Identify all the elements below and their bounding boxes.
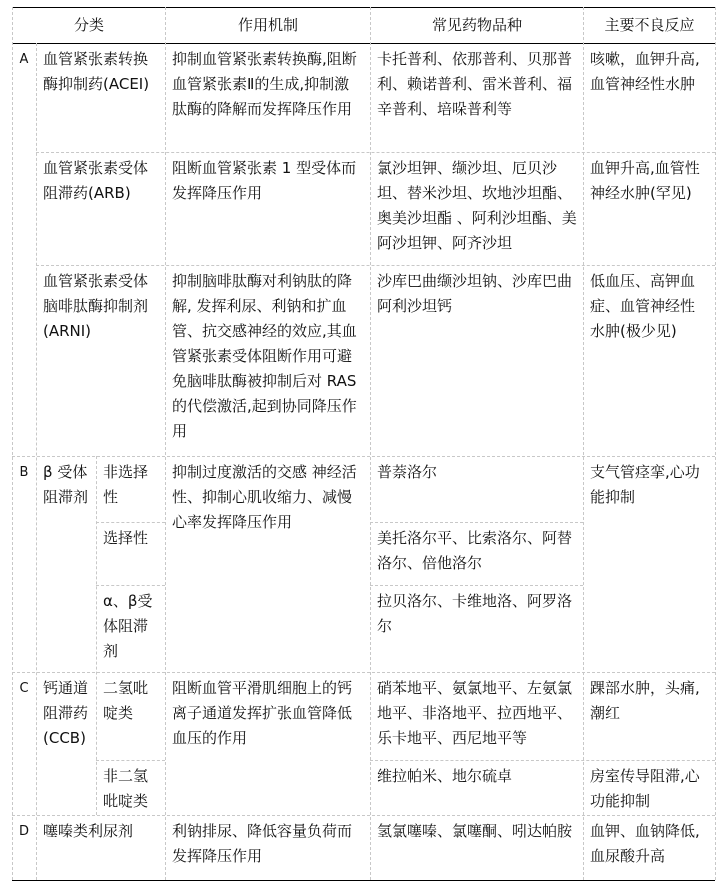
row-category: 噻嗪类利尿剂: [36, 815, 165, 844]
row-adverse: 踝部水肿，头痛,潮红: [583, 672, 715, 726]
row-adverse: 咳嗽，血钾升高,血管神经性水肿: [583, 43, 715, 97]
row-subcategory: 非二氢吡啶类: [96, 760, 165, 814]
grid-line: [715, 7, 716, 880]
row-subcategory: 选择性: [96, 522, 165, 551]
row-category: 钙通道阻滞药(CCB): [36, 672, 96, 751]
row-drugs: 沙库巴曲缬沙坦钠、沙库巴曲阿利沙坦钙: [370, 265, 583, 319]
header-drugs: 常见药物品种: [370, 7, 583, 43]
group-letter-b: B: [12, 456, 36, 485]
row-adverse: 支气管痉挛,心功能抑制: [583, 456, 715, 510]
row-drugs: 美托洛尔平、比索洛尔、阿替洛尔、倍他洛尔: [370, 522, 583, 576]
row-mechanism: 抑制过度激活的交感 神经活性、抑制心肌收缩力、减慢心率发挥降压作用: [165, 456, 370, 535]
header-adverse: 主要不良反应: [583, 7, 715, 43]
header-category: 分类: [12, 7, 165, 43]
row-adverse: 低血压、高钾血症、血管神经性水肿(极少见): [583, 265, 715, 344]
row-drugs: 拉贝洛尔、卡维地洛、阿罗洛尔: [370, 585, 583, 639]
row-category: 血管紧张素受体脑啡肽酶抑制剂(ARNI): [36, 265, 165, 344]
group-letter-d: D: [12, 815, 36, 844]
row-mechanism: 阻断血管紧张素 1 型受体而发挥降压作用: [165, 152, 370, 206]
group-letter-a: A: [12, 43, 36, 72]
antihypertensive-drug-table: 分类 作用机制 常见药物品种 主要不良反应 A 血管紧张素转换酶抑制药(ACEI…: [12, 7, 715, 880]
header-mechanism: 作用机制: [165, 7, 370, 43]
row-drugs: 氯沙坦钾、缬沙坦、厄贝沙坦、替米沙坦、坎地沙坦酯、奥美沙坦酯 、阿利沙坦酯、美阿…: [370, 152, 583, 256]
row-drugs: 维拉帕米、地尔硫卓: [370, 760, 583, 789]
grid-line: [12, 7, 13, 880]
row-adverse: 血钾、血钠降低,血尿酸升高: [583, 815, 715, 869]
table-bottom-rule: [12, 880, 715, 881]
row-category: 血管紧张素转换酶抑制药(ACEI): [36, 43, 165, 97]
row-adverse: 房室传导阻滞,心功能抑制: [583, 760, 715, 814]
row-mechanism: 抑制脑啡肽酶对利钠肽的降解, 发挥利尿、利钠和扩血管、抗交感神经的效应,其血管紧…: [165, 265, 370, 444]
row-subcategory: 非选择性: [96, 456, 165, 510]
row-drugs: 卡托普利、依那普利、贝那普利、赖诺普利、雷米普利、福辛普利、培哚普利等: [370, 43, 583, 122]
grid-line: [583, 7, 584, 880]
row-subcategory: 二氢吡啶类: [96, 672, 165, 726]
row-mechanism: 利钠排尿、降低容量负荷而发挥降压作用: [165, 815, 370, 869]
row-mechanism: 阻断血管平滑肌细胞上的钙离子通道发挥扩张血管降低血压的作用: [165, 672, 370, 751]
row-drugs: 普萘洛尔: [370, 456, 583, 485]
row-category: β 受体阻滞剂: [36, 456, 96, 510]
row-mechanism: 抑制血管紧张素转换酶,阻断血管紧张素Ⅱ的生成,抑制激肽酶的降解而发挥降压作用: [165, 43, 370, 122]
row-adverse: 血钾升高,血管性神经水肿(罕见): [583, 152, 715, 206]
row-drugs: 氢氯噻嗪、氯噻酮、吲达帕胺: [370, 815, 583, 844]
row-subcategory: α、β受体阻滞剂: [96, 585, 165, 664]
row-drugs: 硝苯地平、氨氯地平、左氨氯地平、非洛地平、拉西地平、乐卡地平、西尼地平等: [370, 672, 583, 751]
group-letter-c: C: [12, 672, 36, 701]
row-category: 血管紧张素受体阻滞药(ARB): [36, 152, 165, 206]
